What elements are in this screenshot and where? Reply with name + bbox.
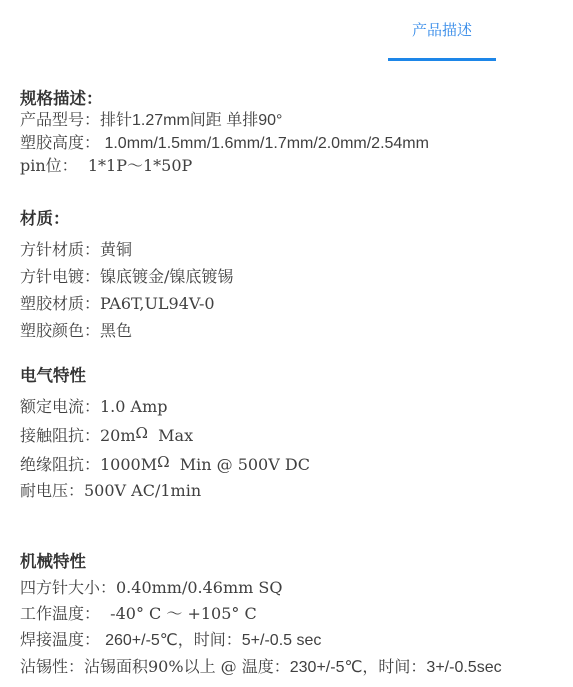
- mechanical-row-solderability: 沾锡性：沾锡面积90%以上 @ 温度：230+/-5℃，时间：3+/-0.5se…: [20, 654, 573, 681]
- mechanical-row-operating-temp: 工作温度： -40° C ～ +105° C: [20, 601, 573, 627]
- section-spec-lines: 产品型号：排针1.27mm间距 单排90° 塑胶高度： 1.0mm/1.5mm/…: [20, 110, 573, 178]
- material-row-pin-material: 方针材质：黄铜: [20, 236, 573, 263]
- soldering-temp-value: 260+/-5℃，时间：5+/-0.5 sec: [105, 632, 321, 649]
- section-electrical-lines: 额定电流：1.0 Amp 接触阻抗：20mΩ Max 绝缘阻抗：1000MΩ M…: [20, 394, 573, 504]
- electrical-row-withstand-voltage: 耐电压：500V AC/1min: [20, 478, 573, 504]
- omega-symbol: Ω: [157, 453, 169, 471]
- omega-symbol: Ω: [136, 424, 148, 442]
- solderability-value: 230+/-5℃，时间：3+/-0.5sec: [290, 659, 502, 676]
- spec-row-plastic-height: 塑胶高度： 1.0mm/1.5mm/1.6mm/1.7mm/2.0mm/2.54…: [20, 133, 573, 156]
- tab-product-description-label: 产品描述: [412, 19, 472, 40]
- product-description-content: 规格描述： 产品型号：排针1.27mm间距 单排90° 塑胶高度： 1.0mm/…: [0, 88, 573, 681]
- section-material-lines: 方针材质：黄铜 方针电镀：镍底镀金/镍底镀锡 塑胶材质：PA6T,UL94V-0…: [20, 236, 573, 344]
- section-mechanical-lines: 四方针大小：0.40mm/0.46mm SQ 工作温度： -40° C ～ +1…: [20, 575, 573, 681]
- soldering-temp-label: 焊接温度：: [20, 630, 105, 649]
- mechanical-row-soldering-temp: 焊接温度： 260+/-5℃，时间：5+/-0.5 sec: [20, 627, 573, 654]
- electrical-row-rated-current: 额定电流：1.0 Amp: [20, 394, 573, 420]
- section-material: 材质： 方针材质：黄铜 方针电镀：镍底镀金/镍底镀锡 塑胶材质：PA6T,UL9…: [20, 208, 573, 344]
- insulation-resistance-suffix: Min @ 500V DC: [170, 455, 310, 474]
- section-material-title: 材质：: [20, 208, 573, 230]
- section-spec: 规格描述： 产品型号：排针1.27mm间距 单排90° 塑胶高度： 1.0mm/…: [20, 88, 573, 178]
- insulation-resistance-prefix: 绝缘阻抗：1000M: [20, 455, 157, 474]
- contact-resistance-prefix: 接触阻抗：20m: [20, 426, 136, 445]
- solderability-label: 沾锡性：沾锡面积90%以上 @ 温度：: [20, 657, 290, 676]
- section-electrical-title: 电气特性: [20, 365, 573, 387]
- tab-product-description[interactable]: 产品描述: [388, 0, 496, 61]
- section-spec-title: 规格描述：: [20, 88, 573, 110]
- section-mechanical-title: 机械特性: [20, 551, 573, 573]
- contact-resistance-suffix: Max: [148, 426, 193, 445]
- spec-row-product-model: 产品型号：排针1.27mm间距 单排90°: [20, 110, 573, 133]
- spec-row-pin-count: pin位： 1*1P～1*50P: [20, 155, 573, 178]
- material-row-pin-plating: 方针电镀：镍底镀金/镍底镀锡: [20, 263, 573, 290]
- electrical-row-insulation-resistance: 绝缘阻抗：1000MΩ Min @ 500V DC: [20, 449, 573, 478]
- electrical-row-contact-resistance: 接触阻抗：20mΩ Max: [20, 420, 573, 449]
- material-row-plastic-material: 塑胶材质：PA6T,UL94V-0: [20, 290, 573, 317]
- section-electrical: 电气特性 额定电流：1.0 Amp 接触阻抗：20mΩ Max 绝缘阻抗：100…: [20, 365, 573, 504]
- mechanical-row-pin-size: 四方针大小：0.40mm/0.46mm SQ: [20, 575, 573, 601]
- material-row-plastic-color: 塑胶颜色：黑色: [20, 317, 573, 344]
- section-mechanical: 机械特性 四方针大小：0.40mm/0.46mm SQ 工作温度： -40° C…: [20, 551, 573, 681]
- tab-bar: 产品描述: [0, 0, 573, 61]
